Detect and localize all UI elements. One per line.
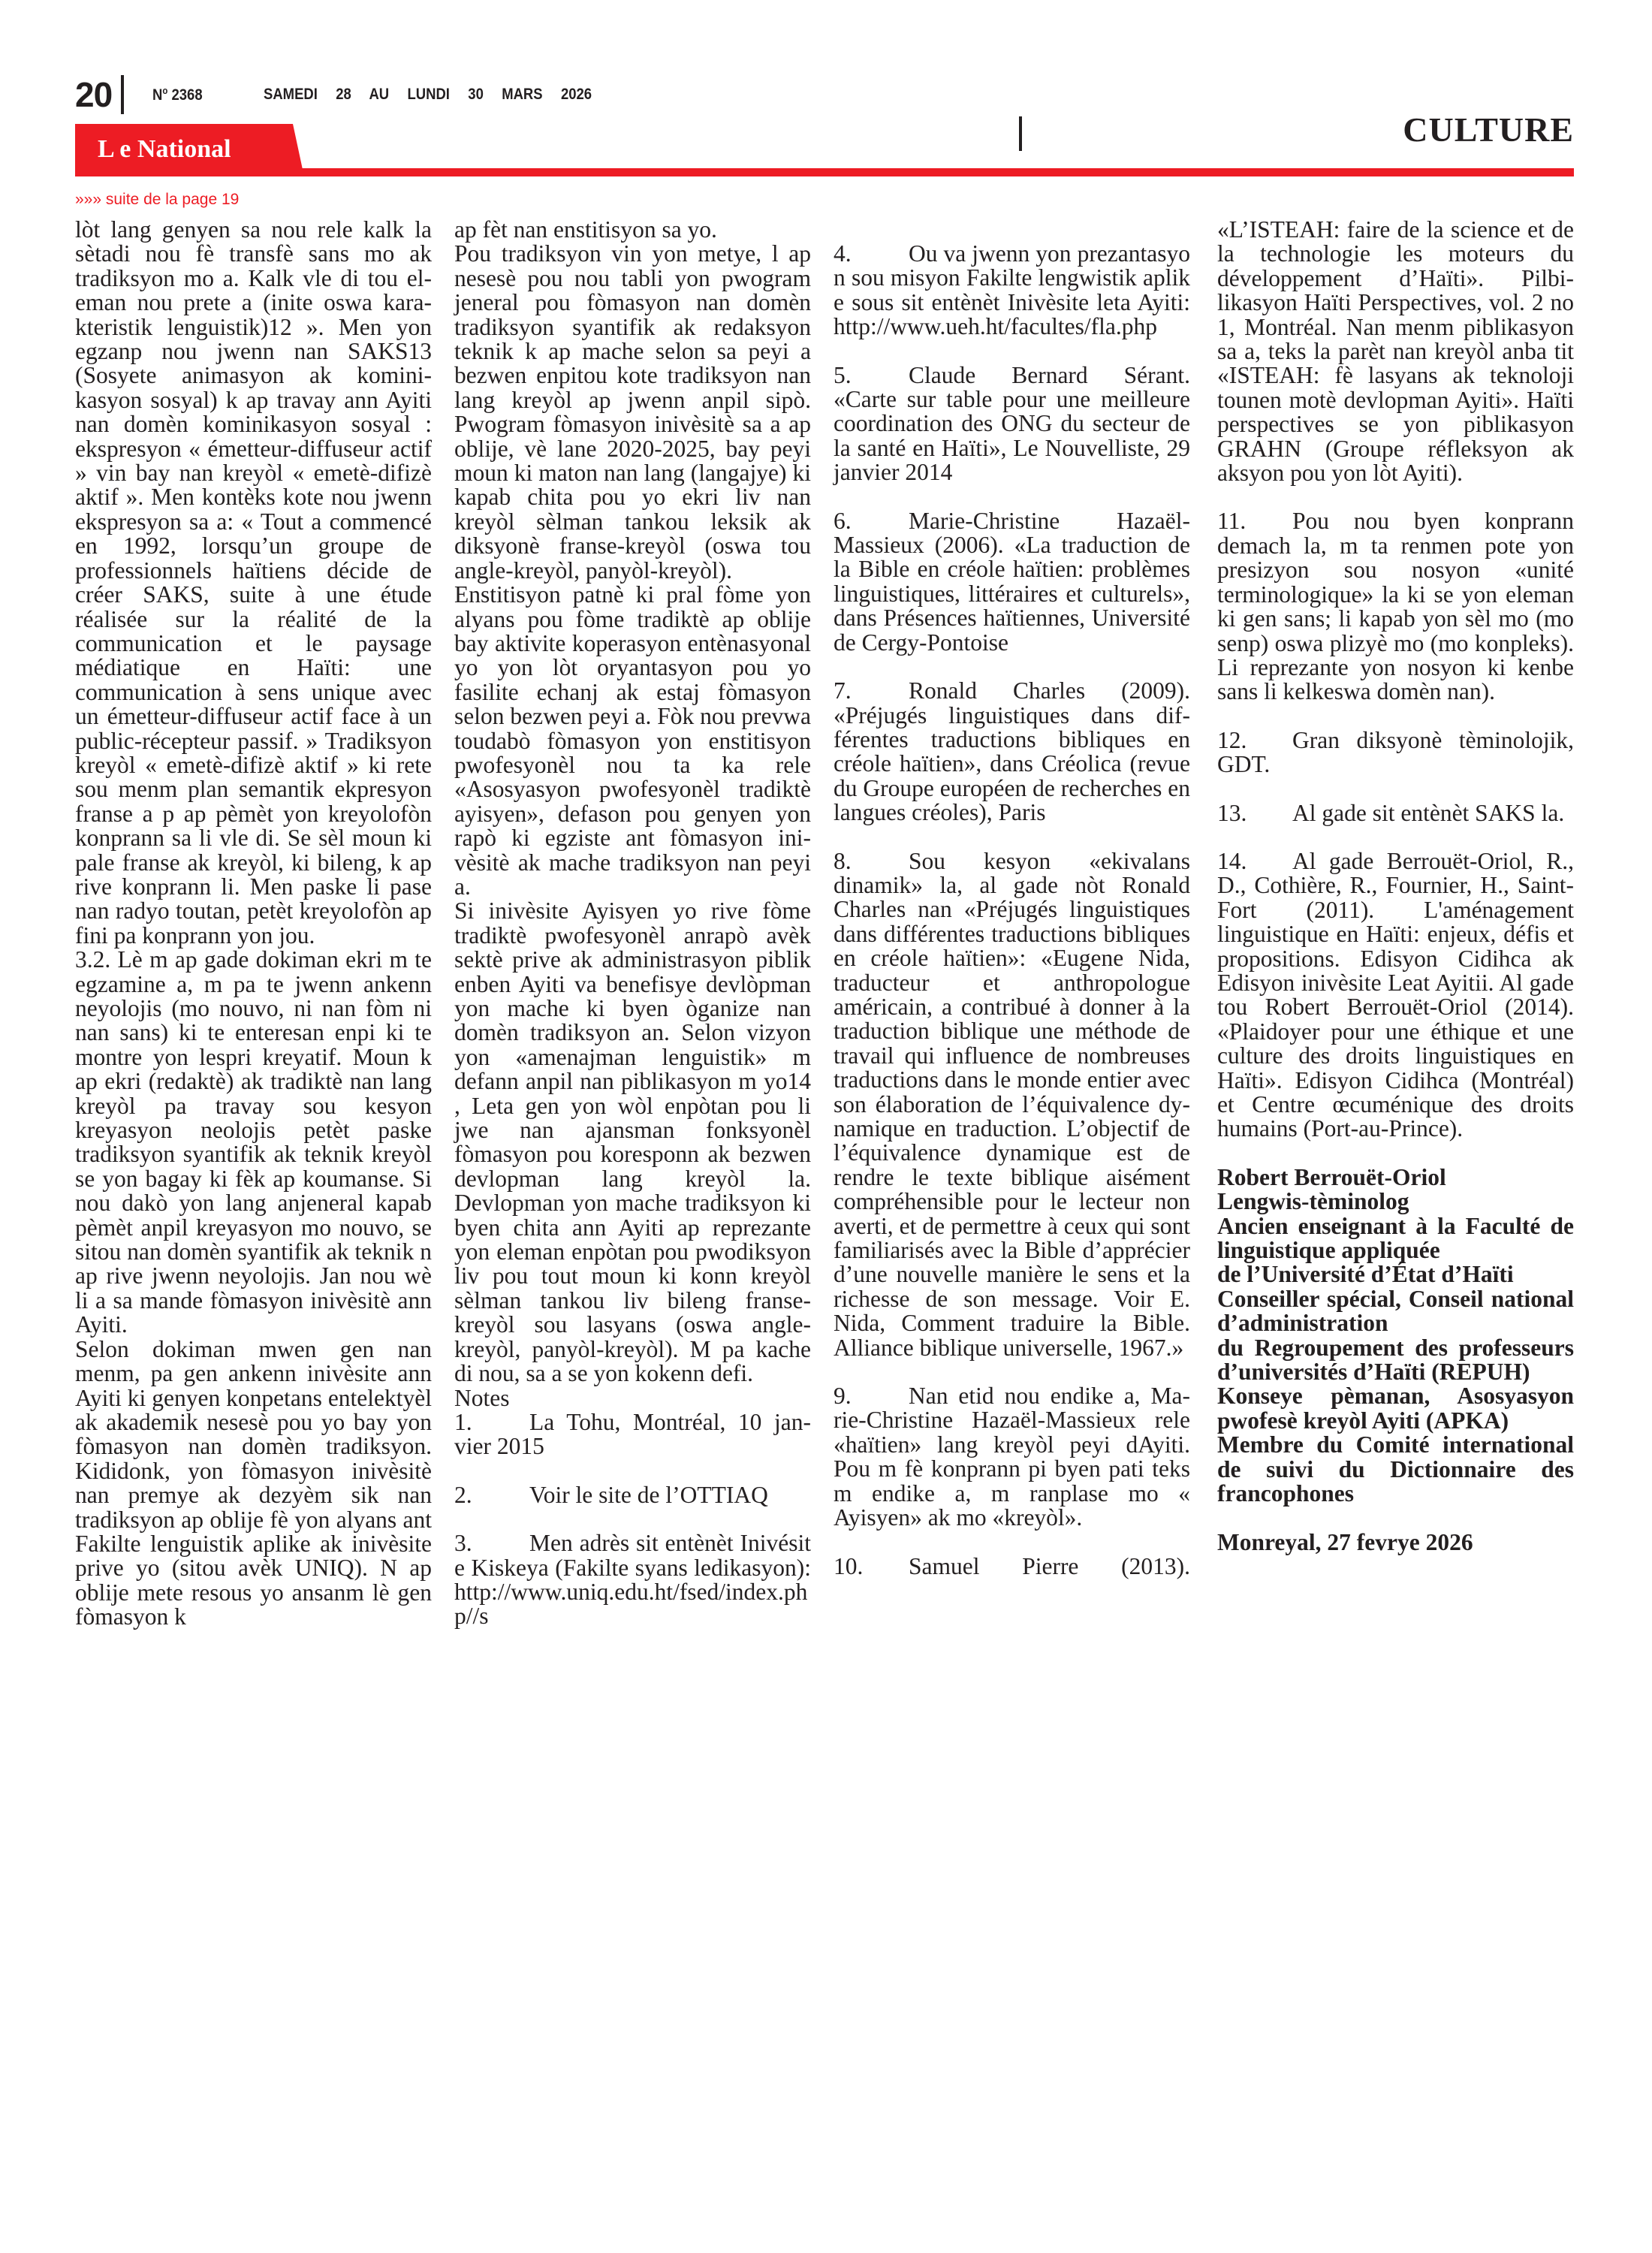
author-name: Robert Berrouët-Oriol xyxy=(1217,1166,1574,1190)
footnote-number: 6. xyxy=(834,509,909,533)
footnote-2: 2.Voir le site de l’OTTIAQ xyxy=(454,1483,811,1507)
author-title: Konseye pèmanan, Asosyasyon pwofesè krey… xyxy=(1217,1384,1574,1433)
footnote-text: Sou kesyon «ekivalans dinamik» la, al ga… xyxy=(834,848,1190,1361)
footnote-number: 1. xyxy=(454,1410,529,1434)
footnote-text: Al gade Berrouët-Oriol, R., D., Cothière… xyxy=(1217,848,1574,1142)
footnote-10: 10.Samuel Pierre (2013). xyxy=(834,1555,1190,1579)
paragraph: Enstitisyon patnè ki pral fòme yon alyan… xyxy=(454,583,811,899)
paragraph: Selon dokiman mwen gen nan menm, pa gen … xyxy=(75,1338,432,1630)
paragraph: Si inivèsite Ayisyen yo rive fòme tradik… xyxy=(454,899,811,1386)
section-title: CULTURE xyxy=(1403,110,1574,149)
issue-sup: o xyxy=(163,85,168,96)
footnote-9: 9.Nan etid nou endike a, Ma­rie-Christin… xyxy=(834,1384,1190,1530)
notes-heading: Notes xyxy=(454,1386,811,1410)
footnote-number: 4. xyxy=(834,242,909,266)
issue-number-value: 2368 xyxy=(172,86,203,104)
author-title: Membre du Comité international de suivi … xyxy=(1217,1433,1574,1506)
footnote-text: Al gade sit entènèt SAKS la. xyxy=(1292,800,1564,826)
paragraph: 3.2. Lè m ap gade dokiman ekri m te egza… xyxy=(75,948,432,1338)
continued-from-label: »»» suite de la page 19 xyxy=(75,191,239,209)
footnote-13: 13.Al gade sit entènèt SAKS la. xyxy=(1217,801,1574,825)
footnote-text: Samuel Pierre (2013). xyxy=(909,1553,1190,1579)
page-number: 20 xyxy=(75,74,112,115)
footnote-number: 11. xyxy=(1217,509,1292,533)
footnote-6: 6.Marie-Christine Hazaël-Massieux (2006)… xyxy=(834,509,1190,655)
page-number-divider xyxy=(121,75,124,114)
author-title: de l’Université d’État d’Haïti xyxy=(1217,1262,1574,1286)
footnote-text: Voir le site de l’OTTIAQ xyxy=(529,1482,768,1508)
place-date: Monreyal, 27 fevrye 2026 xyxy=(1217,1531,1574,1555)
paragraph: ap fèt nan enstitisyon sa yo. xyxy=(454,218,811,242)
footnote-8: 8.Sou kesyon «ekivalans dinamik» la, al … xyxy=(834,849,1190,1361)
footnote-3: 3.Men adrès sit entènèt Ini­vésite Kiske… xyxy=(454,1531,811,1629)
footnote-number: 2. xyxy=(454,1483,529,1507)
masthead-top-line: 20 No 2368 SAMEDI 28 AU LUNDI 30 MARS 20… xyxy=(75,72,637,117)
footnote-14: 14.Al gade Berrouët-Oriol, R., D., Cothi… xyxy=(1217,849,1574,1142)
footnote-7: 7.Ronald Charles (2009). «Préjugés lingu… xyxy=(834,679,1190,825)
footnote-12: 12.Gran diksyonè tèminolojik, GDT. xyxy=(1217,728,1574,777)
footnote-5: 5.Claude Bernard Sérant. «Carte sur tabl… xyxy=(834,363,1190,485)
footnote-text: Pou nou byen konprann demach la, m ta re… xyxy=(1217,508,1574,704)
footnote-number: 14. xyxy=(1217,849,1292,873)
footnote-number: 9. xyxy=(834,1384,909,1408)
footnote-number: 7. xyxy=(834,679,909,703)
footnote-11: 11.Pou nou byen konprann demach la, m ta… xyxy=(1217,509,1574,704)
footnote-number: 5. xyxy=(834,363,909,388)
author-title: du Regroupement des professeurs d’univer… xyxy=(1217,1336,1574,1385)
footnote-number: 3. xyxy=(454,1531,529,1555)
author-title: Lengwis-tèminolog xyxy=(1217,1190,1574,1214)
paragraph: lòt lang genyen sa nou rele kalk la sèta… xyxy=(75,218,432,948)
author-title: Conseiller spécial, Conseil national d’a… xyxy=(1217,1287,1574,1336)
article-column-1: lòt lang genyen sa nou rele kalk la sèta… xyxy=(75,218,432,1630)
author-title: Ancien enseignant à la Faculté de lingui… xyxy=(1217,1214,1574,1263)
author-signature: Robert Berrouët-Oriol Lengwis-tèminolog … xyxy=(1217,1166,1574,1555)
footnote-number: 10. xyxy=(834,1555,909,1579)
article-body: lòt lang genyen sa nou rele kalk la sèta… xyxy=(75,218,1574,2230)
footnote-number: 8. xyxy=(834,849,909,873)
brand-logo-text: L e National xyxy=(98,135,231,164)
article-column-4: «L’ISTEAH: faire de la science et de la … xyxy=(1217,218,1574,1555)
dateline: SAMEDI 28 AU LUNDI 30 MARS 2026 xyxy=(264,86,592,104)
footnote-4: 4.Ou va jwenn yon prezanta­syon sou misy… xyxy=(834,242,1190,339)
footnote-10-continued: «L’ISTEAH: faire de la science et de la … xyxy=(1217,218,1574,485)
paragraph: Pou tradiksyon vin yon metye, l ap neses… xyxy=(454,242,811,583)
article-column-3: 4.Ou va jwenn yon prezanta­syon sou misy… xyxy=(834,218,1190,1579)
issue-prefix: N xyxy=(152,86,162,104)
article-column-2: ap fèt nan enstitisyon sa yo. Pou tradik… xyxy=(454,218,811,1653)
footnote-number: 13. xyxy=(1217,801,1292,825)
footnote-number: 12. xyxy=(1217,728,1292,753)
footnote-1: 1.La Tohu, Montréal, 10 jan­vier 2015 xyxy=(454,1410,811,1459)
signature-spacer xyxy=(1217,1507,1574,1531)
issue-number: No 2368 xyxy=(152,85,203,104)
section-divider xyxy=(1019,116,1022,151)
